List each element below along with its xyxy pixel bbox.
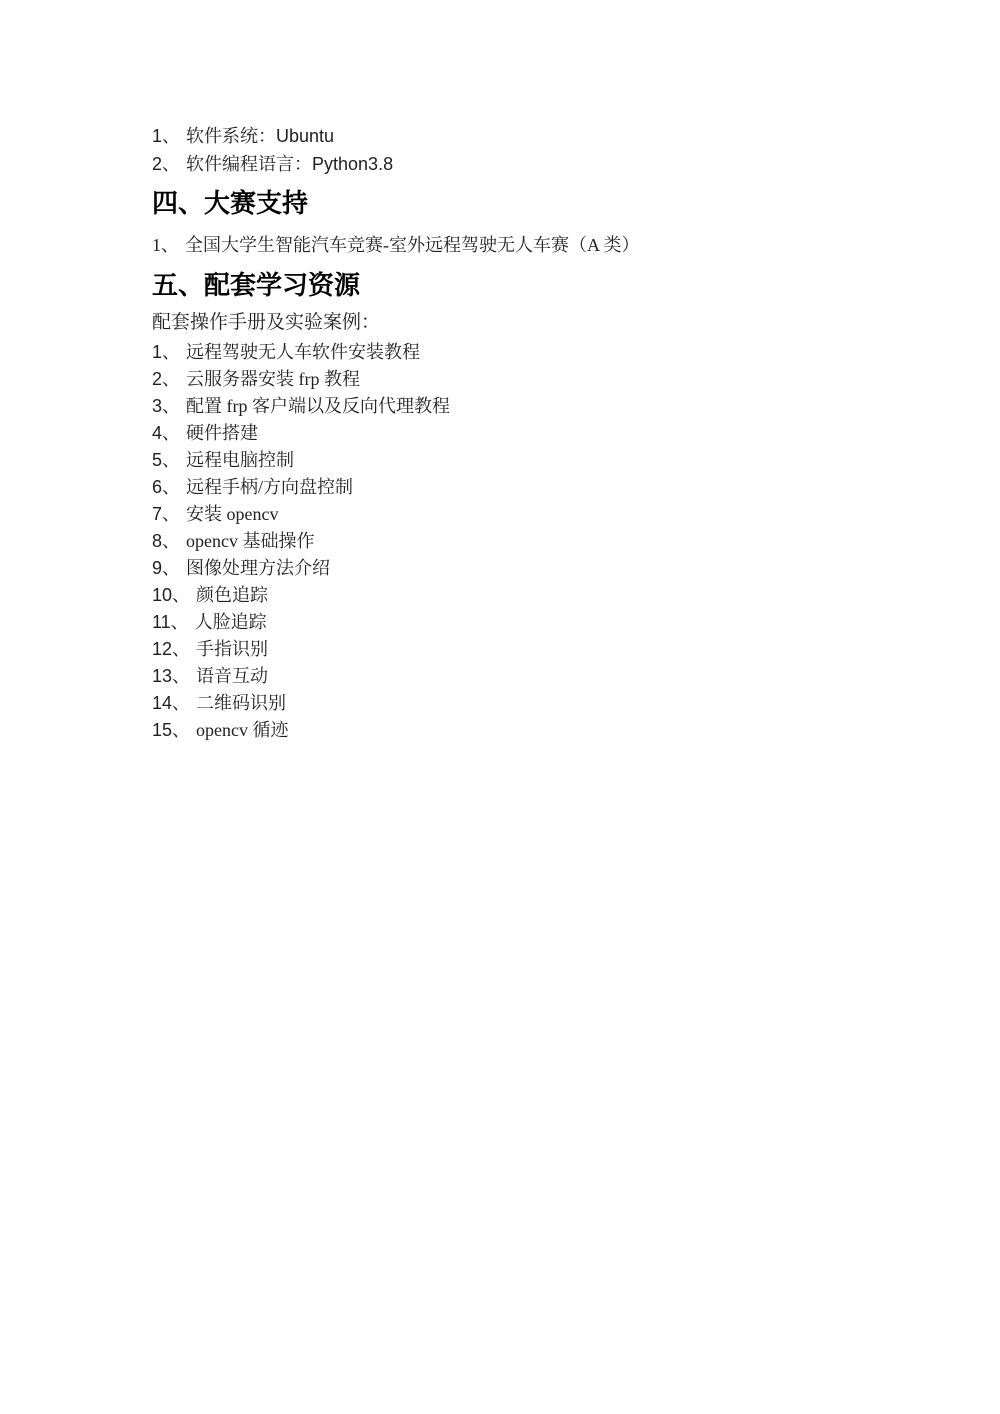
list-item-text: 配置 frp 客户端以及反向代理教程 [186, 396, 450, 416]
list-item-number: 12、 [152, 639, 190, 659]
list-item-number: 11、 [152, 612, 189, 632]
competition-item-text: 全国大学生智能汽车竞赛-室外远程驾驶无人车赛（A 类） [185, 235, 640, 255]
list-item-text: 安装 opencv [186, 504, 278, 524]
list-item: 11、人脸追踪 [152, 609, 860, 636]
list-item: 8、opencv 基础操作 [152, 528, 860, 555]
list-item: 9、图像处理方法介绍 [152, 555, 860, 582]
list-item-text: 硬件搭建 [186, 423, 258, 443]
list-item-text: 手指识别 [196, 639, 268, 659]
list-item-text: 远程驾驶无人车软件安装教程 [186, 342, 420, 362]
list-item-number: 9、 [152, 558, 180, 578]
list-item-text: opencv 循迹 [196, 720, 288, 740]
list-item-text: 语音互动 [196, 666, 268, 686]
software-system-line: 1、软件系统：Ubuntu [152, 122, 860, 150]
list-item-number: 8、 [152, 531, 180, 551]
programming-language-value: Python3.8 [312, 154, 393, 174]
list-item: 13、语音互动 [152, 663, 860, 690]
software-system-label: 软件系统： [186, 126, 276, 146]
list-item-text: 远程手柄/方向盘控制 [186, 477, 353, 497]
programming-language-line: 2、软件编程语言：Python3.8 [152, 150, 860, 178]
list-item: 4、硬件搭建 [152, 420, 860, 447]
list-item-number: 15、 [152, 720, 190, 740]
list-item-number: 1、 [152, 342, 180, 362]
programming-language-label: 软件编程语言： [186, 154, 312, 174]
line-number: 1、 [152, 126, 180, 146]
list-item: 7、安装 opencv [152, 501, 860, 528]
list-item-number: 2、 [152, 369, 180, 389]
list-item: 5、远程电脑控制 [152, 447, 860, 474]
list-item-text: 云服务器安装 frp 教程 [186, 369, 360, 389]
list-item: 15、opencv 循迹 [152, 717, 860, 744]
section-heading-learning-resources: 五、配套学习资源 [152, 268, 860, 304]
section-heading-competition-support: 四、大赛支持 [152, 186, 860, 222]
list-item-number: 5、 [152, 450, 180, 470]
list-item-number: 3、 [152, 396, 180, 416]
software-system-value: Ubuntu [276, 126, 334, 146]
list-item-text: 颜色追踪 [196, 585, 268, 605]
list-item-text: 远程电脑控制 [186, 450, 294, 470]
list-item: 12、手指识别 [152, 636, 860, 663]
list-item: 10、颜色追踪 [152, 582, 860, 609]
list-item-text: 图像处理方法介绍 [186, 558, 330, 578]
resources-list-intro: 配套操作手册及实验案例： [152, 309, 860, 337]
document-page: 1、软件系统：Ubuntu 2、软件编程语言：Python3.8 四、大赛支持 … [0, 0, 1000, 1414]
resources-list: 1、远程驾驶无人车软件安装教程 2、云服务器安装 frp 教程 3、配置 frp… [152, 339, 860, 744]
list-item: 14、二维码识别 [152, 690, 860, 717]
list-item: 1、远程驾驶无人车软件安装教程 [152, 339, 860, 366]
list-item-text: opencv 基础操作 [186, 531, 314, 551]
list-item-text: 人脸追踪 [195, 612, 267, 632]
line-number: 1、 [152, 235, 179, 255]
competition-item: 1、全国大学生智能汽车竞赛-室外远程驾驶无人车赛（A 类） [152, 231, 860, 260]
list-item-number: 13、 [152, 666, 190, 686]
list-item: 2、云服务器安装 frp 教程 [152, 366, 860, 393]
line-number: 2、 [152, 154, 180, 174]
list-item-text: 二维码识别 [196, 693, 286, 713]
list-item-number: 4、 [152, 423, 180, 443]
list-item: 6、远程手柄/方向盘控制 [152, 474, 860, 501]
list-item: 3、配置 frp 客户端以及反向代理教程 [152, 393, 860, 420]
list-item-number: 6、 [152, 477, 180, 497]
list-item-number: 14、 [152, 693, 190, 713]
list-item-number: 7、 [152, 504, 180, 524]
list-item-number: 10、 [152, 585, 190, 605]
